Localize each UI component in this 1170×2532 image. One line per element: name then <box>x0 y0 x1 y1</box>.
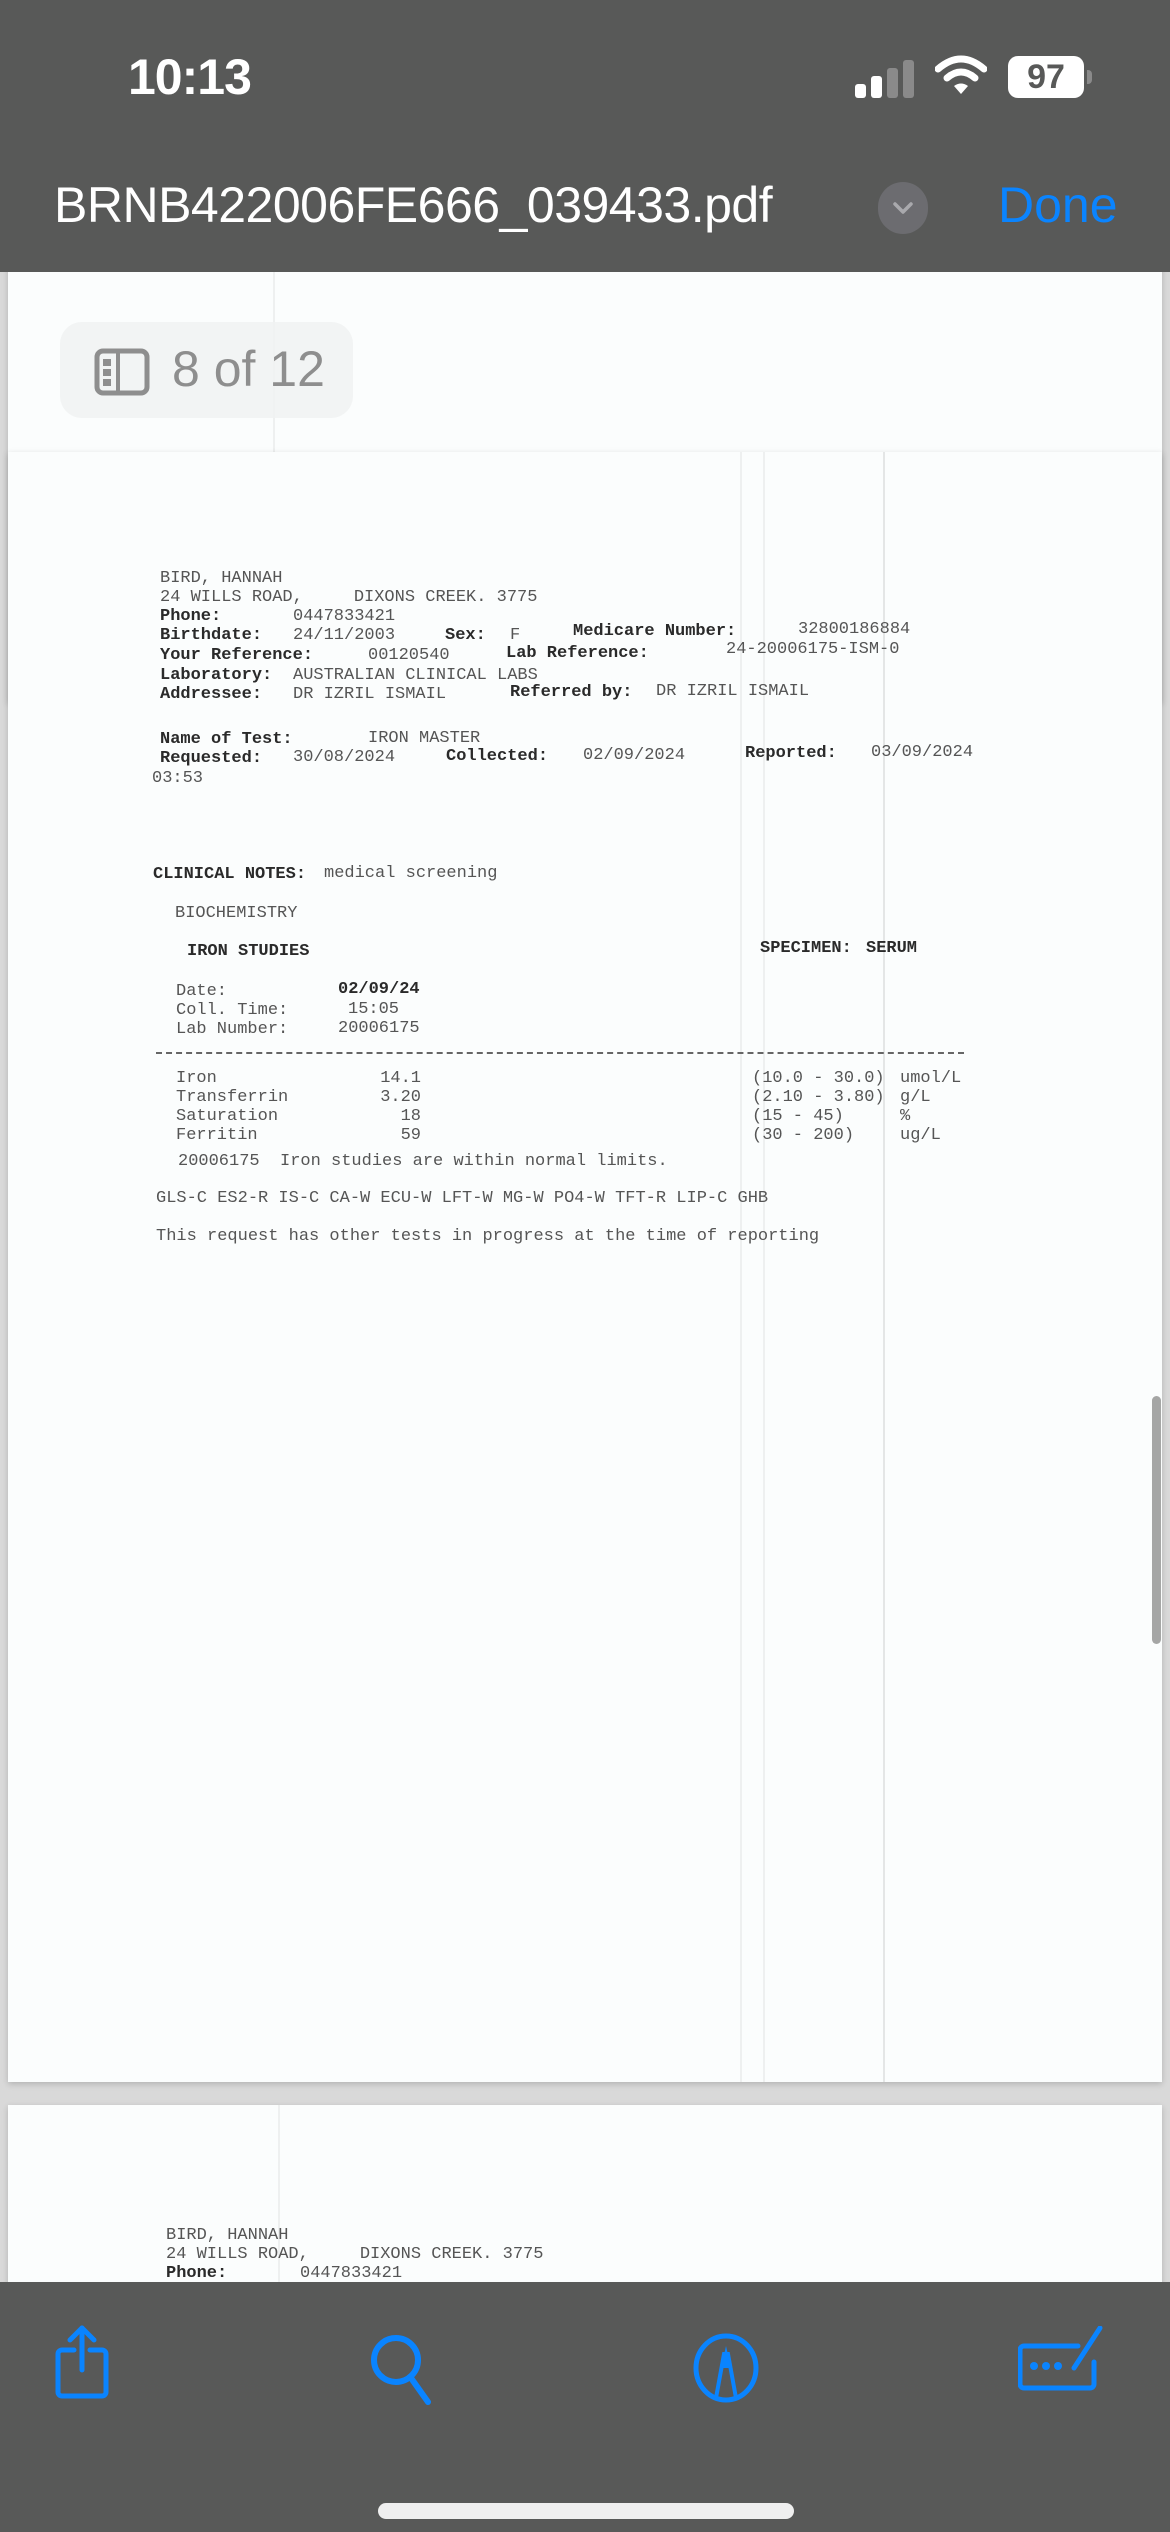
pdf-page-current: BIRD, HANNAH 24 WILLS ROAD, DIXONS CREEK… <box>8 452 1162 2082</box>
done-button[interactable]: Done <box>998 176 1118 234</box>
next-patient-name: BIRD, HANNAH <box>166 2226 288 2245</box>
patient-address: 24 WILLS ROAD, DIXONS CREEK. 3775 <box>160 588 537 607</box>
document-title[interactable]: BRNB422006FE666_039433.pdf <box>54 176 772 234</box>
result-test-name: Saturation <box>176 1107 278 1126</box>
bottom-toolbar <box>0 2282 1170 2532</box>
laboratory-label: Laboratory: <box>160 666 272 685</box>
phone-label: Phone: <box>160 607 221 626</box>
chevron-down-icon <box>891 197 915 219</box>
result-unit: % <box>900 1107 910 1126</box>
next-phone-label: Phone: <box>166 2264 227 2282</box>
reported-value: 03/09/2024 <box>871 743 973 762</box>
requested-label: Requested: <box>160 749 262 768</box>
pdf-viewer[interactable]: 8 of 12 BIRD, HANNAH 24 WILLS ROAD, DIXO… <box>0 272 1170 2282</box>
fill-sign-icon[interactable] <box>1018 2326 1114 2398</box>
battery-nub <box>1087 70 1092 84</box>
birthdate-value: 24/11/2003 <box>293 626 395 645</box>
battery-icon: 97 <box>1008 56 1084 98</box>
markup-pen-icon[interactable] <box>690 2332 762 2404</box>
result-reference-range: (2.10 - 3.80) <box>752 1088 885 1107</box>
cellular-signal-icon <box>855 58 915 98</box>
clinical-notes-label: CLINICAL NOTES: <box>153 865 306 884</box>
pdf-page-next: BIRD, HANNAH 24 WILLS ROAD, DIXONS CREEK… <box>8 2105 1162 2282</box>
result-unit: ug/L <box>900 1126 941 1145</box>
reported-label: Reported: <box>745 744 837 763</box>
your-reference-label: Your Reference: <box>160 646 313 665</box>
top-bar: 10:13 97 BRNB422006FE666_039433.pdf Done <box>0 0 1170 272</box>
reported-time: 03:53 <box>152 769 203 788</box>
coll-time-value: 15:05 <box>348 1000 399 1019</box>
next-patient-address: 24 WILLS ROAD, DIXONS CREEK. 3775 <box>166 2245 543 2264</box>
addressee-value: DR IZRIL ISMAIL <box>293 685 446 704</box>
laboratory-value: AUSTRALIAN CLINICAL LABS <box>293 666 538 685</box>
result-reference-range: (15 - 45) <box>752 1107 844 1126</box>
result-value: 18 <box>361 1107 421 1126</box>
result-test-name: Iron <box>176 1069 217 1088</box>
footer-note: This request has other tests in progress… <box>156 1227 819 1246</box>
search-icon[interactable] <box>368 2332 438 2408</box>
clinical-notes-value: medical screening <box>324 864 497 883</box>
vertical-scrollbar[interactable] <box>1152 1396 1161 1644</box>
date-label: Date: <box>176 982 227 1001</box>
result-value: 3.20 <box>361 1088 421 1107</box>
collected-label: Collected: <box>446 747 548 766</box>
page-indicator-label: 8 of 12 <box>172 340 325 398</box>
coll-time-label: Coll. Time: <box>176 1001 288 1020</box>
next-phone-value: 0447833421 <box>300 2264 402 2282</box>
referred-by-label: Referred by: <box>510 683 632 702</box>
lab-number-value: 20006175 <box>338 1019 420 1038</box>
result-test-name: Ferritin <box>176 1126 258 1145</box>
referred-by-value: DR IZRIL ISMAIL <box>656 682 809 701</box>
test-codes: GLS-C ES2-R IS-C CA-W ECU-W LFT-W MG-W P… <box>156 1189 768 1208</box>
specimen-label: SPECIMEN: <box>760 939 852 958</box>
sidebar-icon <box>94 348 150 396</box>
addressee-label: Addressee: <box>160 685 262 704</box>
title-menu-button[interactable] <box>878 182 928 234</box>
test-name-value: IRON MASTER <box>368 729 480 748</box>
result-unit: umol/L <box>900 1069 961 1088</box>
lab-reference-label: Lab Reference: <box>506 644 649 663</box>
date-value: 02/09/24 <box>338 980 420 999</box>
result-value: 59 <box>361 1126 421 1145</box>
share-icon[interactable] <box>54 2322 114 2402</box>
department: BIOCHEMISTRY <box>175 904 297 923</box>
medicare-value: 32800186884 <box>798 620 910 639</box>
patient-name: BIRD, HANNAH <box>160 569 282 588</box>
result-comment: 20006175 Iron studies are within normal … <box>178 1152 668 1171</box>
result-test-name: Transferrin <box>176 1088 288 1107</box>
collected-value: 02/09/2024 <box>583 746 685 765</box>
requested-value: 30/08/2024 <box>293 748 395 767</box>
birthdate-label: Birthdate: <box>160 626 262 645</box>
result-value: 14.1 <box>361 1069 421 1088</box>
your-reference-value: 00120540 <box>368 646 450 665</box>
test-name-label: Name of Test: <box>160 730 293 749</box>
lab-number-label: Lab Number: <box>176 1020 288 1039</box>
medicare-label: Medicare Number: <box>573 622 736 641</box>
page-indicator[interactable]: 8 of 12 <box>60 322 353 418</box>
home-indicator[interactable] <box>378 2503 794 2519</box>
result-reference-range: (30 - 200) <box>752 1126 854 1145</box>
specimen-value: SERUM <box>866 939 917 958</box>
section-title: IRON STUDIES <box>187 942 309 961</box>
sex-label: Sex: <box>445 626 486 645</box>
separator-line <box>156 1052 964 1054</box>
sex-value: F <box>510 626 520 645</box>
result-reference-range: (10.0 - 30.0) <box>752 1069 885 1088</box>
phone-value: 0447833421 <box>293 607 395 626</box>
lab-reference-value: 24-20006175-ISM-0 <box>726 640 899 659</box>
wifi-icon <box>935 55 987 97</box>
result-unit: g/L <box>900 1088 931 1107</box>
status-time: 10:13 <box>128 48 251 106</box>
